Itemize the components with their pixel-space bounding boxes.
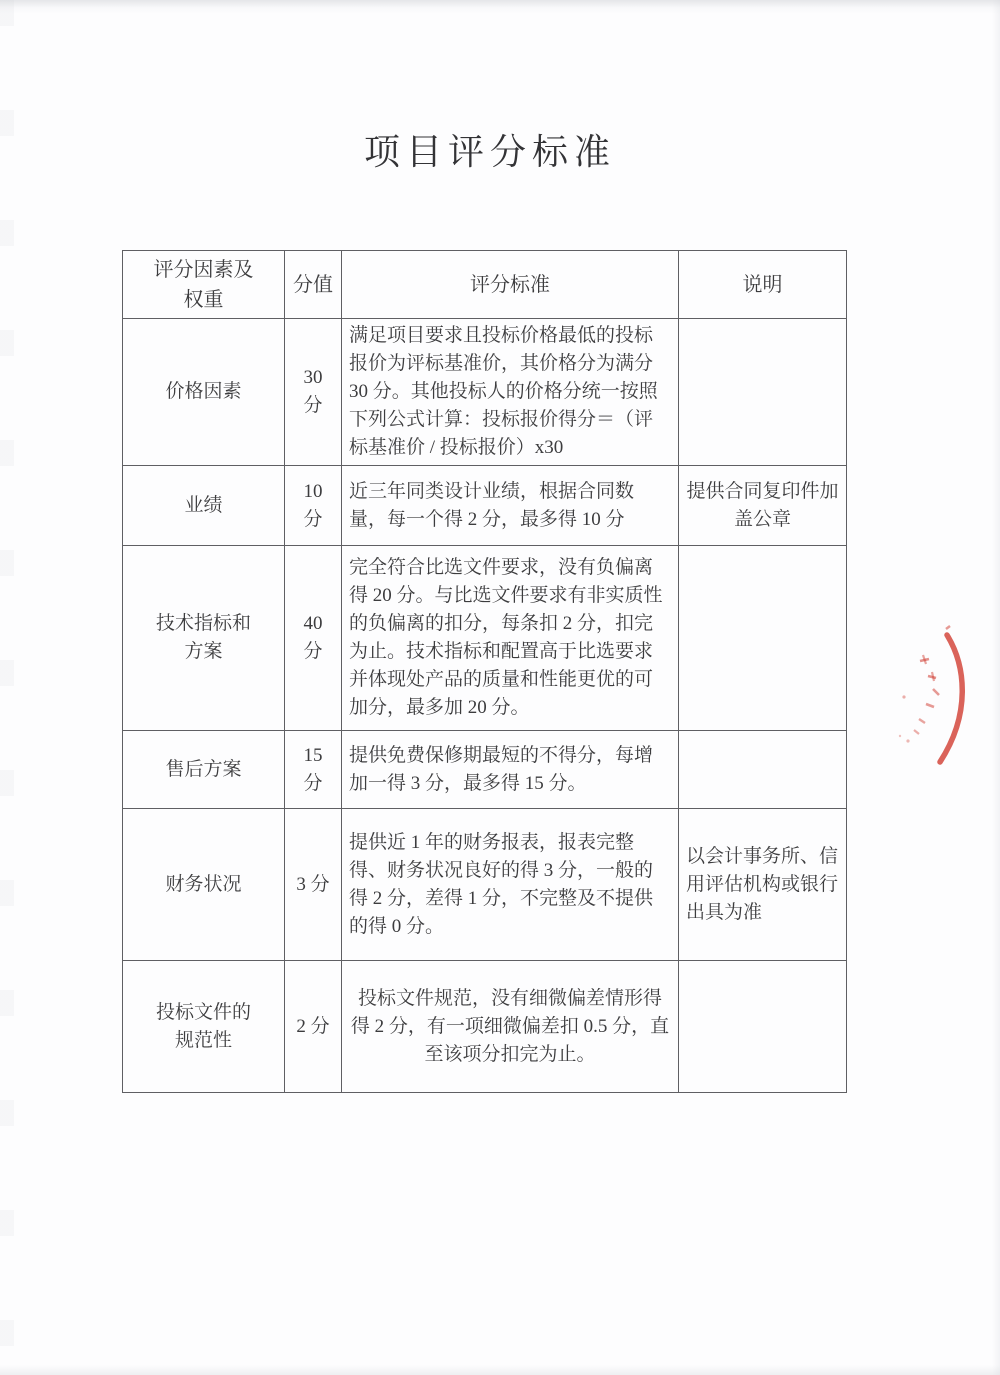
- header-note: 说明: [679, 251, 847, 319]
- note-cell: 以会计事务所、信用评估机构或银行出具为准: [679, 809, 847, 961]
- scan-artifact-bottom: [0, 1365, 1000, 1375]
- factor-cell: 技术指标和 方案: [123, 546, 285, 731]
- score-cell: 30 分: [285, 319, 342, 466]
- factor-cell: 业绩: [123, 466, 285, 546]
- criteria-cell: 完全符合比选文件要求，没有负偏离得 20 分。与比选文件要求有非实质性的负偏离的…: [342, 546, 679, 731]
- factor-cell: 售后方案: [123, 731, 285, 809]
- criteria-cell: 提供免费保修期最短的不得分，每增加一得 3 分，最多得 15 分。: [342, 731, 679, 809]
- header-score: 分值: [285, 251, 342, 319]
- factor-cell: 价格因素: [123, 319, 285, 466]
- criteria-cell: 投标文件规范，没有细微偏差情形得得 2 分，有一项细微偏差扣 0.5 分，直至该…: [342, 961, 679, 1093]
- header-criteria: 评分标准: [342, 251, 679, 319]
- score-cell: 10 分: [285, 466, 342, 546]
- table-row-technical: 技术指标和 方案 40 分 完全符合比选文件要求，没有负偏离得 20 分。与比选…: [123, 546, 847, 731]
- criteria-cell: 提供近 1 年的财务报表，报表完整得、财务状况良好的得 3 分，一般的得 2 分…: [342, 809, 679, 961]
- factor-cell: 投标文件的 规范性: [123, 961, 285, 1093]
- table-row-performance: 业绩 10 分 近三年同类设计业绩，根据合同数量，每一个得 2 分，最多得 10…: [123, 466, 847, 546]
- scan-artifact-right: [992, 0, 1000, 1375]
- table-row-financial: 财务状况 3 分 提供近 1 年的财务报表，报表完整得、财务状况良好的得 3 分…: [123, 809, 847, 961]
- note-cell: [679, 731, 847, 809]
- header-factor: 评分因素及 权重: [123, 251, 285, 319]
- score-cell: 3 分: [285, 809, 342, 961]
- red-seal-stamp-icon: [890, 598, 1000, 783]
- note-cell: [679, 961, 847, 1093]
- table-header-row: 评分因素及 权重 分值 评分标准 说明: [123, 251, 847, 319]
- criteria-cell: 满足项目要求且投标价格最低的投标报价为评标基准价，其价格分为满分 30 分。其他…: [342, 319, 679, 466]
- scan-artifact-left: [0, 0, 14, 1375]
- score-cell: 15 分: [285, 731, 342, 809]
- note-cell: 提供合同复印件加盖公章: [679, 466, 847, 546]
- table-row-aftersales: 售后方案 15 分 提供免费保修期最短的不得分，每增加一得 3 分，最多得 15…: [123, 731, 847, 809]
- note-cell: [679, 546, 847, 731]
- table-row-price: 价格因素 30 分 满足项目要求且投标价格最低的投标报价为评标基准价，其价格分为…: [123, 319, 847, 466]
- scoring-table: 评分因素及 权重 分值 评分标准 说明 价格因素 30 分 满足项目要求且投标价…: [122, 250, 847, 1093]
- criteria-cell: 近三年同类设计业绩，根据合同数量，每一个得 2 分，最多得 10 分: [342, 466, 679, 546]
- table-row-bid-document: 投标文件的 规范性 2 分 投标文件规范，没有细微偏差情形得得 2 分，有一项细…: [123, 961, 847, 1093]
- score-cell: 2 分: [285, 961, 342, 1093]
- note-cell: [679, 319, 847, 466]
- scan-artifact-top: [0, 0, 1000, 14]
- factor-cell: 财务状况: [123, 809, 285, 961]
- page-title: 项目评分标准: [0, 124, 980, 175]
- score-cell: 40 分: [285, 546, 342, 731]
